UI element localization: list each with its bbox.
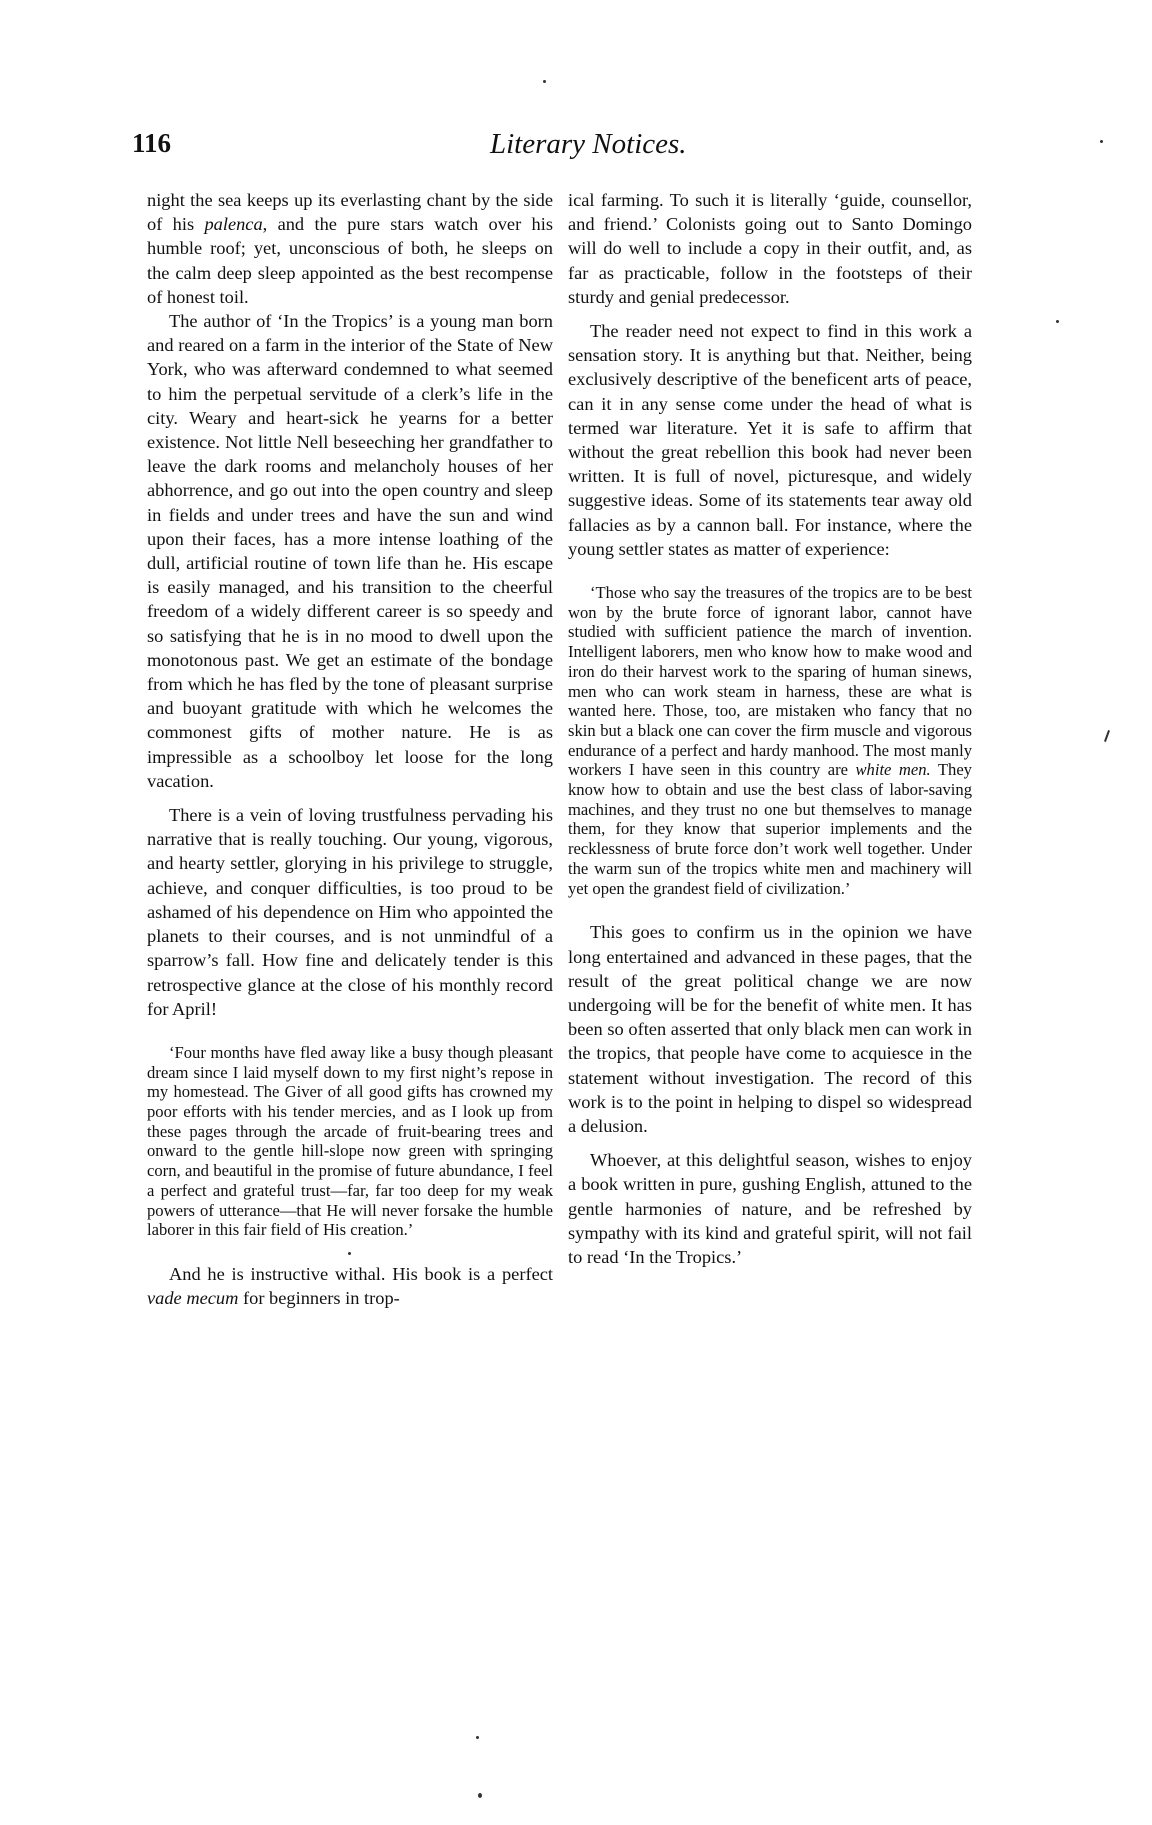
italic-term: palenca	[204, 214, 262, 234]
scan-speck	[476, 1736, 479, 1739]
italic-term: vade mecum	[147, 1288, 238, 1308]
text: They know how to obtain and use the best…	[568, 760, 972, 897]
paragraph: ical farming. To such it is literally ‘g…	[568, 188, 972, 309]
scan-speck	[478, 1793, 482, 1798]
left-column: night the sea keeps up its everlasting c…	[147, 188, 553, 1310]
paragraph: Whoever, at this delightful season, wish…	[568, 1148, 972, 1269]
italic-term: white men.	[855, 760, 930, 779]
scan-speck	[1100, 140, 1103, 143]
page-number: 116	[132, 128, 171, 159]
text: for beginners in trop-	[238, 1288, 399, 1308]
running-title: Literary Notices.	[490, 128, 687, 161]
scan-speck	[348, 1252, 351, 1255]
scan-speck	[543, 80, 546, 83]
text: ‘Those who say the treasures of the trop…	[568, 583, 972, 779]
scan-speck	[1056, 320, 1059, 323]
page-header: 116 Literary Notices.	[132, 128, 992, 168]
right-column: ical farming. To such it is literally ‘g…	[568, 188, 972, 1269]
paragraph: night the sea keeps up its everlasting c…	[147, 188, 553, 309]
paragraph: The author of ‘In the Tropics’ is a youn…	[147, 309, 553, 793]
paragraph: And he is instructive withal. His book i…	[147, 1262, 553, 1310]
paragraph: This goes to confirm us in the opinion w…	[568, 920, 972, 1138]
paragraph: There is a vein of loving trustfulness p…	[147, 803, 553, 1021]
block-quote: ‘Those who say the treasures of the trop…	[568, 583, 972, 898]
block-quote: ‘Four months have fled away like a busy …	[147, 1043, 553, 1240]
paragraph: The reader need not expect to find in th…	[568, 319, 972, 561]
scan-speck	[1104, 730, 1110, 742]
text: And he is instructive withal. His book i…	[169, 1264, 553, 1284]
